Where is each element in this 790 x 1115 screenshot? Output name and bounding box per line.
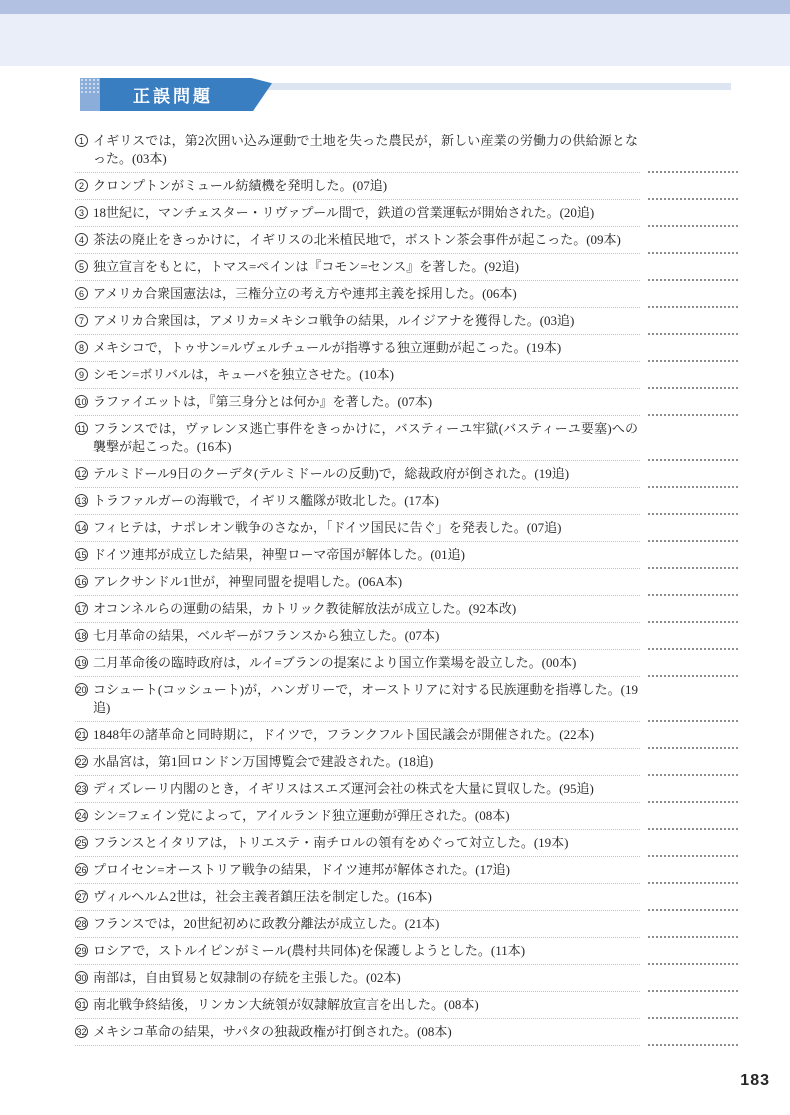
question-main: 6 アメリカ合衆国憲法は，三権分立の考え方や連邦主義を採用した。(06本) bbox=[75, 285, 640, 308]
answer-blank-line bbox=[648, 360, 738, 362]
question-number-badge: 13 bbox=[75, 494, 88, 507]
question-number-badge: 29 bbox=[75, 944, 88, 957]
question-text: 七月革命の結果，ベルギーがフランスから独立した。(07本) bbox=[93, 627, 638, 645]
question-number-badge: 11 bbox=[75, 422, 88, 435]
question-text: トラファルガーの海戦で，イギリス艦隊が敗北した。(17本) bbox=[93, 492, 638, 510]
question-item: 15 ドイツ連邦が成立した結果，神聖ローマ帝国が解体した。(01追) bbox=[75, 546, 738, 573]
question-number-badge: 5 bbox=[75, 260, 88, 273]
answer-blank-line bbox=[648, 963, 738, 965]
question-main: 12 テルミドール9日のクーデタ(テルミドールの反動)で，総裁政府が倒された。(… bbox=[75, 465, 640, 488]
answer-blank-line bbox=[648, 828, 738, 830]
question-main: 31 南北戦争終結後，リンカン大統領が奴隷解放宣言を出した。(08本) bbox=[75, 996, 640, 1019]
question-item: 27 ヴィルヘルム2世は，社会主義者鎮圧法を制定した。(16本) bbox=[75, 888, 738, 915]
question-main: 9 シモン=ボリバルは，キューバを独立させた。(10本) bbox=[75, 366, 640, 389]
question-number-badge: 3 bbox=[75, 206, 88, 219]
question-number-badge: 1 bbox=[75, 134, 88, 147]
question-item: 21 1848年の諸革命と同時期に，ドイツで，フランクフルト国民議会が開催された… bbox=[75, 726, 738, 753]
question-text: イギリスでは，第2次囲い込み運動で土地を失った農民が，新しい産業の労働力の供給源… bbox=[93, 132, 638, 168]
question-item: 12 テルミドール9日のクーデタ(テルミドールの反動)で，総裁政府が倒された。(… bbox=[75, 465, 738, 492]
question-number-badge: 16 bbox=[75, 575, 88, 588]
question-number-badge: 25 bbox=[75, 836, 88, 849]
question-text: 水晶宮は，第1回ロンドン万国博覧会で建設された。(18追) bbox=[93, 753, 638, 771]
question-number-badge: 23 bbox=[75, 782, 88, 795]
question-item: 6 アメリカ合衆国憲法は，三権分立の考え方や連邦主義を採用した。(06本) bbox=[75, 285, 738, 312]
answer-blank-line bbox=[648, 747, 738, 749]
question-text: 南北戦争終結後，リンカン大統領が奴隷解放宣言を出した。(08本) bbox=[93, 996, 638, 1014]
question-text: フィヒテは，ナポレオン戦争のさなか，「ドイツ国民に告ぐ」を発表した。(07追) bbox=[93, 519, 638, 537]
question-text: フランスとイタリアは，トリエステ・南チロルの領有をめぐって対立した。(19本) bbox=[93, 834, 638, 852]
answer-blank-line bbox=[648, 306, 738, 308]
question-main: 15 ドイツ連邦が成立した結果，神聖ローマ帝国が解体した。(01追) bbox=[75, 546, 640, 569]
question-main: 8 メキシコで，トゥサン=ルヴェルチュールが指導する独立運動が起こった。(19本… bbox=[75, 339, 640, 362]
question-item: 9 シモン=ボリバルは，キューバを独立させた。(10本) bbox=[75, 366, 738, 393]
question-item: 32 メキシコ革命の結果，サパタの独裁政権が打倒された。(08本) bbox=[75, 1023, 738, 1050]
answer-blank-line bbox=[648, 486, 738, 488]
answer-blank-line bbox=[648, 1017, 738, 1019]
question-number-badge: 22 bbox=[75, 755, 88, 768]
question-text: 18世紀に，マンチェスター・リヴァプール間で，鉄道の営業運転が開始された。(20… bbox=[93, 204, 638, 222]
question-item: 31 南北戦争終結後，リンカン大統領が奴隷解放宣言を出した。(08本) bbox=[75, 996, 738, 1023]
question-text: ディズレーリ内閣のとき，イギリスはスエズ運河会社の株式を大量に買収した。(95追… bbox=[93, 780, 638, 798]
question-item: 18 七月革命の結果，ベルギーがフランスから独立した。(07本) bbox=[75, 627, 738, 654]
question-text: クロンプトンがミュール紡績機を発明した。(07追) bbox=[93, 177, 638, 195]
question-main: 1 イギリスでは，第2次囲い込み運動で土地を失った農民が，新しい産業の労働力の供… bbox=[75, 132, 640, 173]
question-number-badge: 32 bbox=[75, 1025, 88, 1038]
answer-blank-line bbox=[648, 801, 738, 803]
question-number-badge: 8 bbox=[75, 341, 88, 354]
answer-blank-line bbox=[648, 675, 738, 677]
question-text: シモン=ボリバルは，キューバを独立させた。(10本) bbox=[93, 366, 638, 384]
question-number-badge: 14 bbox=[75, 521, 88, 534]
banner-corner-decoration bbox=[80, 78, 100, 111]
question-number-badge: 10 bbox=[75, 395, 88, 408]
question-list: 1 イギリスでは，第2次囲い込み運動で土地を失った農民が，新しい産業の労働力の供… bbox=[75, 132, 738, 1050]
question-main: 28 フランスでは，20世紀初めに政教分離法が成立した。(21本) bbox=[75, 915, 640, 938]
question-number-badge: 17 bbox=[75, 602, 88, 615]
question-main: 26 プロイセン=オーストリア戦争の結果，ドイツ連邦が解体された。(17追) bbox=[75, 861, 640, 884]
answer-blank-line bbox=[648, 648, 738, 650]
question-item: 30 南部は，自由貿易と奴隷制の存続を主張した。(02本) bbox=[75, 969, 738, 996]
workbook-page: 正誤問題 1 イギリスでは，第2次囲い込み運動で土地を失った農民が，新しい産業の… bbox=[0, 0, 790, 1115]
answer-blank-line bbox=[648, 198, 738, 200]
question-number-badge: 21 bbox=[75, 728, 88, 741]
section-title: 正誤問題 bbox=[133, 82, 239, 107]
question-text: メキシコ革命の結果，サパタの独裁政権が打倒された。(08本) bbox=[93, 1023, 638, 1041]
question-number-badge: 15 bbox=[75, 548, 88, 561]
answer-blank-line bbox=[648, 1044, 738, 1046]
question-number-badge: 6 bbox=[75, 287, 88, 300]
question-number-badge: 4 bbox=[75, 233, 88, 246]
question-item: 2 クロンプトンがミュール紡績機を発明した。(07追) bbox=[75, 177, 738, 204]
answer-blank-line bbox=[648, 720, 738, 722]
question-text: フランスでは，20世紀初めに政教分離法が成立した。(21本) bbox=[93, 915, 638, 933]
question-main: 25 フランスとイタリアは，トリエステ・南チロルの領有をめぐって対立した。(19… bbox=[75, 834, 640, 857]
answer-blank-line bbox=[648, 774, 738, 776]
answer-blank-line bbox=[648, 414, 738, 416]
question-text: 独立宣言をもとに，トマス=ペインは『コモン=センス』を著した。(92追) bbox=[93, 258, 638, 276]
question-item: 25 フランスとイタリアは，トリエステ・南チロルの領有をめぐって対立した。(19… bbox=[75, 834, 738, 861]
answer-blank-line bbox=[648, 279, 738, 281]
question-number-badge: 18 bbox=[75, 629, 88, 642]
answer-blank-line bbox=[648, 252, 738, 254]
answer-blank-line bbox=[648, 990, 738, 992]
page-number: 183 bbox=[740, 1072, 770, 1090]
question-main: 2 クロンプトンがミュール紡績機を発明した。(07追) bbox=[75, 177, 640, 200]
question-number-badge: 30 bbox=[75, 971, 88, 984]
question-number-badge: 28 bbox=[75, 917, 88, 930]
answer-blank-line bbox=[648, 909, 738, 911]
question-text: 1848年の諸革命と同時期に，ドイツで，フランクフルト国民議会が開催された。(2… bbox=[93, 726, 638, 744]
question-number-badge: 26 bbox=[75, 863, 88, 876]
question-item: 26 プロイセン=オーストリア戦争の結果，ドイツ連邦が解体された。(17追) bbox=[75, 861, 738, 888]
question-item: 13 トラファルガーの海戦で，イギリス艦隊が敗北した。(17本) bbox=[75, 492, 738, 519]
question-text: アレクサンドル1世が，神聖同盟を提唱した。(06A本) bbox=[93, 573, 638, 591]
answer-blank-line bbox=[648, 333, 738, 335]
question-text: ラファイエットは，『第三身分とは何か』を著した。(07本) bbox=[93, 393, 638, 411]
question-number-badge: 24 bbox=[75, 809, 88, 822]
question-main: 13 トラファルガーの海戦で，イギリス艦隊が敗北した。(17本) bbox=[75, 492, 640, 515]
question-text: 二月革命後の臨時政府は，ルイ=ブランの提案により国立作業場を設立した。(00本) bbox=[93, 654, 638, 672]
answer-blank-line bbox=[648, 855, 738, 857]
question-text: オコンネルらの運動の結果，カトリック教徒解放法が成立した。(92本改) bbox=[93, 600, 638, 618]
answer-blank-line bbox=[648, 936, 738, 938]
question-text: 南部は，自由貿易と奴隷制の存続を主張した。(02本) bbox=[93, 969, 638, 987]
question-item: 19 二月革命後の臨時政府は，ルイ=ブランの提案により国立作業場を設立した。(0… bbox=[75, 654, 738, 681]
question-number-badge: 2 bbox=[75, 179, 88, 192]
answer-blank-line bbox=[648, 171, 738, 173]
banner-dot-pattern bbox=[80, 78, 100, 93]
section-title-ribbon: 正誤問題 bbox=[100, 78, 272, 111]
answer-blank-line bbox=[648, 387, 738, 389]
question-number-badge: 9 bbox=[75, 368, 88, 381]
question-text: 茶法の廃止をきっかけに，イギリスの北米植民地で，ボストン茶会事件が起こった。(0… bbox=[93, 231, 638, 249]
question-item: 24 シン=フェイン党によって，アイルランド独立運動が弾圧された。(08本) bbox=[75, 807, 738, 834]
question-main: 16 アレクサンドル1世が，神聖同盟を提唱した。(06A本) bbox=[75, 573, 640, 596]
question-text: アメリカ合衆国は，アメリカ=メキシコ戦争の結果，ルイジアナを獲得した。(03追) bbox=[93, 312, 638, 330]
question-item: 29 ロシアで，ストルイピンがミール(農村共同体)を保護しようとした。(11本) bbox=[75, 942, 738, 969]
question-main: 24 シン=フェイン党によって，アイルランド独立運動が弾圧された。(08本) bbox=[75, 807, 640, 830]
question-number-badge: 12 bbox=[75, 467, 88, 480]
question-item: 3 18世紀に，マンチェスター・リヴァプール間で，鉄道の営業運転が開始された。(… bbox=[75, 204, 738, 231]
question-main: 22 水晶宮は，第1回ロンドン万国博覧会で建設された。(18追) bbox=[75, 753, 640, 776]
question-text: ヴィルヘルム2世は，社会主義者鎮圧法を制定した。(16本) bbox=[93, 888, 638, 906]
question-item: 22 水晶宮は，第1回ロンドン万国博覧会で建設された。(18追) bbox=[75, 753, 738, 780]
question-text: コシュート(コッシュート)が，ハンガリーで，オーストリアに対する民族運動を指導し… bbox=[93, 681, 638, 717]
question-text: シン=フェイン党によって，アイルランド独立運動が弾圧された。(08本) bbox=[93, 807, 638, 825]
question-main: 30 南部は，自由貿易と奴隷制の存続を主張した。(02本) bbox=[75, 969, 640, 992]
question-main: 18 七月革命の結果，ベルギーがフランスから独立した。(07本) bbox=[75, 627, 640, 650]
question-item: 16 アレクサンドル1世が，神聖同盟を提唱した。(06A本) bbox=[75, 573, 738, 600]
question-item: 14 フィヒテは，ナポレオン戦争のさなか，「ドイツ国民に告ぐ」を発表した。(07… bbox=[75, 519, 738, 546]
banner-rule-line bbox=[268, 83, 731, 90]
question-number-badge: 20 bbox=[75, 683, 88, 696]
question-main: 20 コシュート(コッシュート)が，ハンガリーで，オーストリアに対する民族運動を… bbox=[75, 681, 640, 722]
question-main: 4 茶法の廃止をきっかけに，イギリスの北米植民地で，ボストン茶会事件が起こった。… bbox=[75, 231, 640, 254]
question-item: 7 アメリカ合衆国は，アメリカ=メキシコ戦争の結果，ルイジアナを獲得した。(03… bbox=[75, 312, 738, 339]
question-number-badge: 19 bbox=[75, 656, 88, 669]
question-item: 28 フランスでは，20世紀初めに政教分離法が成立した。(21本) bbox=[75, 915, 738, 942]
question-text: ドイツ連邦が成立した結果，神聖ローマ帝国が解体した。(01追) bbox=[93, 546, 638, 564]
question-number-badge: 31 bbox=[75, 998, 88, 1011]
question-main: 29 ロシアで，ストルイピンがミール(農村共同体)を保護しようとした。(11本) bbox=[75, 942, 640, 965]
question-main: 19 二月革命後の臨時政府は，ルイ=ブランの提案により国立作業場を設立した。(0… bbox=[75, 654, 640, 677]
header-band bbox=[0, 14, 790, 66]
question-text: ロシアで，ストルイピンがミール(農村共同体)を保護しようとした。(11本) bbox=[93, 942, 638, 960]
answer-blank-line bbox=[648, 882, 738, 884]
answer-blank-line bbox=[648, 540, 738, 542]
question-main: 23 ディズレーリ内閣のとき，イギリスはスエズ運河会社の株式を大量に買収した。(… bbox=[75, 780, 640, 803]
answer-blank-line bbox=[648, 513, 738, 515]
question-text: アメリカ合衆国憲法は，三権分立の考え方や連邦主義を採用した。(06本) bbox=[93, 285, 638, 303]
question-main: 10 ラファイエットは，『第三身分とは何か』を著した。(07本) bbox=[75, 393, 640, 416]
question-item: 1 イギリスでは，第2次囲い込み運動で土地を失った農民が，新しい産業の労働力の供… bbox=[75, 132, 738, 177]
question-item: 20 コシュート(コッシュート)が，ハンガリーで，オーストリアに対する民族運動を… bbox=[75, 681, 738, 726]
question-main: 7 アメリカ合衆国は，アメリカ=メキシコ戦争の結果，ルイジアナを獲得した。(03… bbox=[75, 312, 640, 335]
top-color-bar bbox=[0, 0, 790, 14]
question-item: 23 ディズレーリ内閣のとき，イギリスはスエズ運河会社の株式を大量に買収した。(… bbox=[75, 780, 738, 807]
question-main: 3 18世紀に，マンチェスター・リヴァプール間で，鉄道の営業運転が開始された。(… bbox=[75, 204, 640, 227]
question-main: 27 ヴィルヘルム2世は，社会主義者鎮圧法を制定した。(16本) bbox=[75, 888, 640, 911]
question-main: 11 フランスでは，ヴァレンヌ逃亡事件をきっかけに，バスティーユ牢獄(バスティー… bbox=[75, 420, 640, 461]
question-text: プロイセン=オーストリア戦争の結果，ドイツ連邦が解体された。(17追) bbox=[93, 861, 638, 879]
answer-blank-line bbox=[648, 594, 738, 596]
question-main: 5 独立宣言をもとに，トマス=ペインは『コモン=センス』を著した。(92追) bbox=[75, 258, 640, 281]
question-item: 5 独立宣言をもとに，トマス=ペインは『コモン=センス』を著した。(92追) bbox=[75, 258, 738, 285]
question-number-badge: 27 bbox=[75, 890, 88, 903]
question-text: フランスでは，ヴァレンヌ逃亡事件をきっかけに，バスティーユ牢獄(バスティーユ要塞… bbox=[93, 420, 638, 456]
answer-blank-line bbox=[648, 225, 738, 227]
question-text: テルミドール9日のクーデタ(テルミドールの反動)で，総裁政府が倒された。(19追… bbox=[93, 465, 638, 483]
question-main: 17 オコンネルらの運動の結果，カトリック教徒解放法が成立した。(92本改) bbox=[75, 600, 640, 623]
answer-blank-line bbox=[648, 459, 738, 461]
question-item: 8 メキシコで，トゥサン=ルヴェルチュールが指導する独立運動が起こった。(19本… bbox=[75, 339, 738, 366]
question-main: 32 メキシコ革命の結果，サパタの独裁政権が打倒された。(08本) bbox=[75, 1023, 640, 1046]
question-text: メキシコで，トゥサン=ルヴェルチュールが指導する独立運動が起こった。(19本) bbox=[93, 339, 638, 357]
question-main: 14 フィヒテは，ナポレオン戦争のさなか，「ドイツ国民に告ぐ」を発表した。(07… bbox=[75, 519, 640, 542]
answer-blank-line bbox=[648, 567, 738, 569]
answer-blank-line bbox=[648, 621, 738, 623]
question-item: 4 茶法の廃止をきっかけに，イギリスの北米植民地で，ボストン茶会事件が起こった。… bbox=[75, 231, 738, 258]
question-number-badge: 7 bbox=[75, 314, 88, 327]
question-item: 11 フランスでは，ヴァレンヌ逃亡事件をきっかけに，バスティーユ牢獄(バスティー… bbox=[75, 420, 738, 465]
question-item: 17 オコンネルらの運動の結果，カトリック教徒解放法が成立した。(92本改) bbox=[75, 600, 738, 627]
question-main: 21 1848年の諸革命と同時期に，ドイツで，フランクフルト国民議会が開催された… bbox=[75, 726, 640, 749]
question-item: 10 ラファイエットは，『第三身分とは何か』を著した。(07本) bbox=[75, 393, 738, 420]
